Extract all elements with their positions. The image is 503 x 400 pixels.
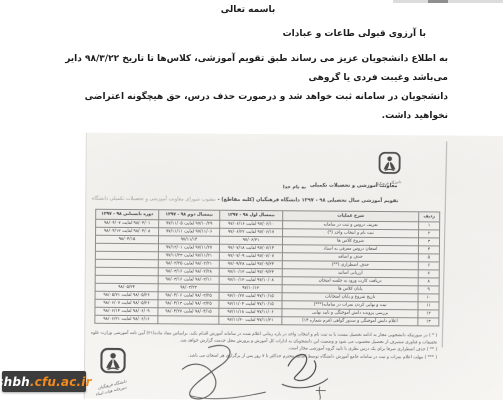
calendar-title-sub: مصوب شورای معاونت آموزشی و تحصیلات تکمیل… — [92, 196, 216, 203]
table-cell-no: ۴ — [418, 246, 439, 254]
announcement-body-line1: به اطلاع دانشجویان عزیز می رساند طبق تقو… — [48, 50, 448, 88]
window-edge-artifact-dark — [428, 0, 448, 3]
table-cell-no: ۱۲ — [418, 310, 439, 318]
watermark-suffix: .cfu.ac.ir — [30, 375, 92, 389]
table-cell-no: ۲ — [419, 230, 440, 238]
table-cell-no: ۵ — [418, 254, 439, 262]
watermark-prefix: shbh — [0, 375, 30, 389]
calendar-title: تقویم آموزشی سال تحصیلی ۹۸ - ۱۳۹۷ دانشگا… — [92, 196, 399, 204]
column-header: دوره تابستانی ۹۸ - ۱۳۹۷ — [96, 209, 159, 219]
table-row: ۱۳اعلام دانش آموختگی و صدور گواهی (فرم ش… — [95, 315, 439, 326]
announcement-block: باسمه تعالی با آرزوی قبولی طاعات و عبادا… — [48, 4, 448, 151]
table-cell-no: ۶ — [418, 262, 439, 270]
calendar-table: ردیفشرح عملیاتنیمسال اول ۹۸ - ۱۳۹۷نیمسال… — [94, 209, 440, 327]
column-header: ردیف — [419, 212, 440, 222]
table-cell-sem2 — [158, 316, 219, 324]
announcement-body-line2: دانشجویان در سامانه ثبت خواهد شد و درصور… — [48, 88, 448, 126]
paper-crease — [442, 142, 447, 348]
farhangian-logo-icon — [99, 347, 127, 377]
calendar-table-body: ۱تعریف دروس و ثبت در سامانه۹۷/۰۶/۱۰ لغای… — [95, 219, 440, 326]
table-cell-no: ۹ — [418, 286, 439, 294]
table-cell-summer: ۹۸/۰۶/۱۶ لغایت ۹۸/۰۶/۲۱ — [95, 315, 158, 323]
farhangian-logo-icon — [378, 151, 402, 177]
table-cell-no: ۱ — [419, 222, 440, 230]
university-logo-top: دانشگاه فرهنگیان — [377, 151, 401, 181]
bismillah-text: باسمه تعالی — [48, 4, 448, 17]
scanned-document: دانشگاه فرهنگیان معاونت آموزشی و تحصیلات… — [84, 133, 503, 400]
university-logo-bottom: دانشگاه فرهنگیان دبیرخانه هیات امناء — [97, 347, 127, 387]
table-cell-no: ۱۳ — [418, 318, 439, 326]
table-cell-no: ۳ — [418, 238, 439, 246]
calendar-title-main: تقویم آموزشی سال تحصیلی ۹۸ - ۱۳۹۷ دانشگا… — [217, 197, 398, 204]
column-header: نیمسال اول ۹۸ - ۱۳۹۷ — [220, 210, 283, 220]
table-cell-no: ۱۰ — [418, 294, 439, 302]
greeting-text: با آرزوی قبولی طاعات و عبادات — [48, 28, 448, 41]
table-cell-desc: اعلام دانش آموختگی و صدور گواهی (فرم شما… — [282, 317, 418, 326]
column-header: نیمسال دوم ۹۸ - ۱۳۹۷ — [159, 210, 220, 220]
table-cell-no: ۷ — [418, 270, 439, 278]
in-the-name-of-god-text: به نام خدا — [264, 185, 324, 190]
table-cell-no: ۱۱ — [418, 302, 439, 310]
window-edge-artifact — [393, 0, 503, 3]
table-cell-no: ۸ — [418, 278, 439, 286]
table-cell-sem1: ۹۷/۱۱/۲۱ لغایت ۹۷/۱۱/۳۰ — [219, 316, 282, 324]
watermark-url: shbh.cfu.ac.ir — [2, 371, 86, 392]
signature-scribbles — [170, 339, 350, 400]
